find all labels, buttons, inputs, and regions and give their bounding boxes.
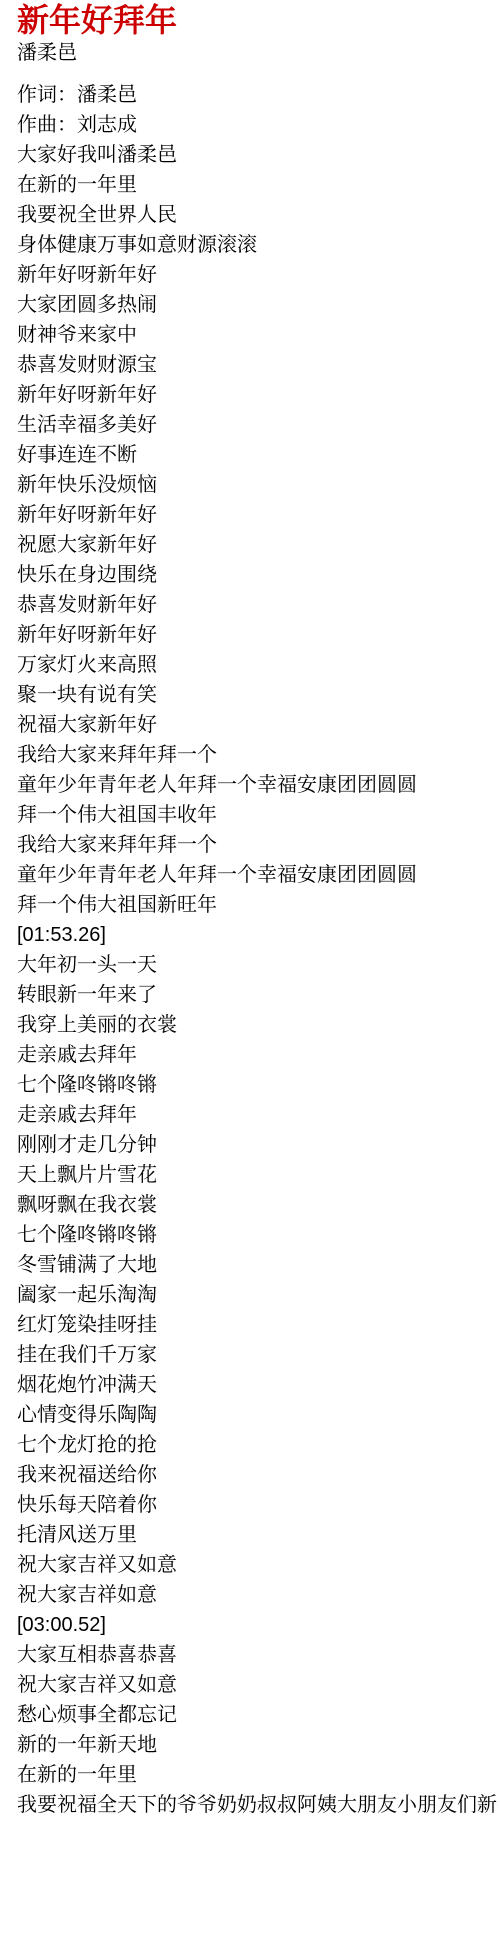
lyric-line: 烟花炮竹冲满天 (17, 1370, 500, 1400)
lyric-line: 愁心烦事全都忘记 (17, 1700, 500, 1730)
lyric-line: 快乐每天陪着你 (17, 1490, 500, 1520)
lyric-line: 天上飘片片雪花 (17, 1160, 500, 1190)
lyric-line: 祝大家吉祥如意 (17, 1580, 500, 1610)
lyric-line: 作曲：刘志成 (17, 110, 500, 140)
lyric-line: 走亲戚去拜年 (17, 1100, 500, 1130)
lyric-line: 飘呀飘在我衣裳 (17, 1190, 500, 1220)
lyric-line: 刚刚才走几分钟 (17, 1130, 500, 1160)
lyric-line: 万家灯火来高照 (17, 650, 500, 680)
lyric-line: 七个隆咚锵咚锵 (17, 1070, 500, 1100)
lyric-line: 身体健康万事如意财源滚滚 (17, 230, 500, 260)
lyric-line: 我给大家来拜年拜一个 (17, 830, 500, 860)
lyric-line: 财神爷来家中 (17, 320, 500, 350)
lyric-line: 快乐在身边围绕 (17, 560, 500, 590)
lyric-line: [01:53.26] (17, 920, 500, 950)
lyrics-body: 作词：潘柔邑作曲：刘志成大家好我叫潘柔邑在新的一年里我要祝全世界人民身体健康万事… (17, 80, 500, 1820)
lyric-line: 心情变得乐陶陶 (17, 1400, 500, 1430)
lyric-line: 我要祝福全天下的爷爷奶奶叔叔阿姨大朋友小朋友们新 (17, 1790, 500, 1820)
lyric-line: 童年少年青年老人年拜一个幸福安康团团圆圆 (17, 770, 500, 800)
lyric-line: 拜一个伟大祖国新旺年 (17, 890, 500, 920)
lyric-line: 新年好呀新年好 (17, 260, 500, 290)
lyric-line: 大家好我叫潘柔邑 (17, 140, 500, 170)
lyric-line: 恭喜发财新年好 (17, 590, 500, 620)
lyric-line: 红灯笼染挂呀挂 (17, 1310, 500, 1340)
lyric-line: 在新的一年里 (17, 1760, 500, 1790)
lyric-line: 我穿上美丽的衣裳 (17, 1010, 500, 1040)
song-title: 新年好拜年 (17, 2, 500, 38)
lyric-line: 祝大家吉祥又如意 (17, 1670, 500, 1700)
lyric-line: 转眼新一年来了 (17, 980, 500, 1010)
lyrics-page: 新年好拜年 潘柔邑 作词：潘柔邑作曲：刘志成大家好我叫潘柔邑在新的一年里我要祝全… (0, 0, 500, 1960)
lyric-line: 挂在我们千万家 (17, 1340, 500, 1370)
lyric-line: 祝大家吉祥又如意 (17, 1550, 500, 1580)
lyric-line: 托清风送万里 (17, 1520, 500, 1550)
lyric-line: 拜一个伟大祖国丰收年 (17, 800, 500, 830)
lyric-line: 冬雪铺满了大地 (17, 1250, 500, 1280)
lyric-line: 新年快乐没烦恼 (17, 470, 500, 500)
lyric-line: 恭喜发财财源宝 (17, 350, 500, 380)
lyric-line: 在新的一年里 (17, 170, 500, 200)
lyric-line: 我来祝福送给你 (17, 1460, 500, 1490)
lyric-line: 大年初一头一天 (17, 950, 500, 980)
lyric-line: 七个龙灯抢的抢 (17, 1430, 500, 1460)
lyric-line: 新年好呀新年好 (17, 620, 500, 650)
lyric-line: 新的一年新天地 (17, 1730, 500, 1760)
lyric-line: 聚一块有说有笑 (17, 680, 500, 710)
lyric-line: 新年好呀新年好 (17, 500, 500, 530)
lyric-line: 作词：潘柔邑 (17, 80, 500, 110)
lyric-line: 大家团圆多热闹 (17, 290, 500, 320)
lyric-line: 我给大家来拜年拜一个 (17, 740, 500, 770)
lyric-line: 生活幸福多美好 (17, 410, 500, 440)
lyric-line: 七个隆咚锵咚锵 (17, 1220, 500, 1250)
lyric-line: 新年好呀新年好 (17, 380, 500, 410)
lyric-line: 童年少年青年老人年拜一个幸福安康团团圆圆 (17, 860, 500, 890)
lyric-line: 祝福大家新年好 (17, 710, 500, 740)
lyric-line: [03:00.52] (17, 1610, 500, 1640)
lyric-line: 大家互相恭喜恭喜 (17, 1640, 500, 1670)
artist-name: 潘柔邑 (17, 40, 500, 66)
lyric-line: 阖家一起乐淘淘 (17, 1280, 500, 1310)
lyric-line: 走亲戚去拜年 (17, 1040, 500, 1070)
lyric-line: 好事连连不断 (17, 440, 500, 470)
lyric-line: 祝愿大家新年好 (17, 530, 500, 560)
lyric-line: 我要祝全世界人民 (17, 200, 500, 230)
